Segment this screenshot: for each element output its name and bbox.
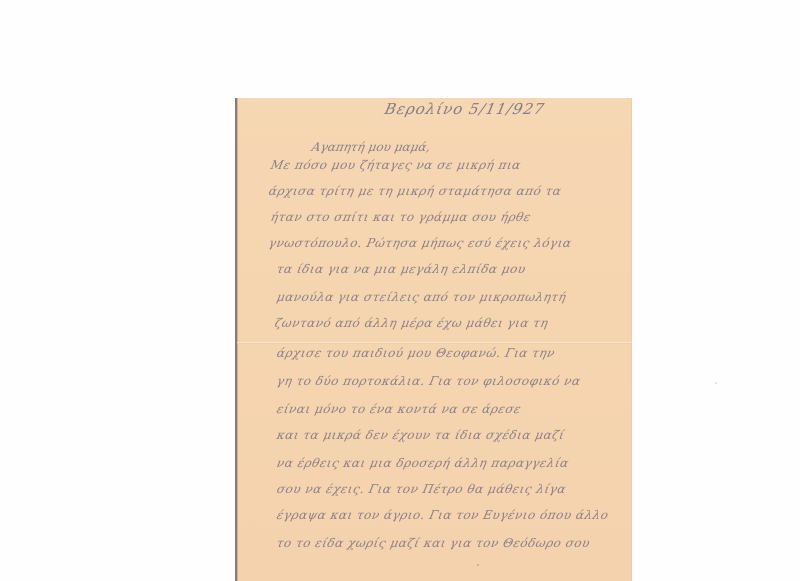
letter-paper: Βερολίνο 5/11/927 Αγαπητή μου μαμά, Με π… (235, 98, 632, 581)
letter-line: μανούλα για στείλεις από τον μικροπωλητή (276, 290, 674, 304)
letter-line: ήταν στο σπίτι και το γράμμα σου ήρθε (270, 210, 668, 224)
scanned-page: Βερολίνο 5/11/927 Αγαπητή μου μαμά, Με π… (0, 0, 800, 581)
letter-line: είναι μόνο το ένα κοντά να σε άρεσε (276, 402, 674, 416)
letter-line: ζωντανό από άλλη μέρα έχω μάθει για τη (274, 316, 672, 330)
letter-line: έγραψα και τον άγριο. Για τον Ευγένιο όπ… (276, 508, 674, 522)
letter-greeting: Αγαπητή μου μαμά, (311, 140, 432, 154)
letter-line: γη το δύο πορτοκάλια. Για τον φιλοσοφικό… (276, 374, 674, 388)
letter-line: και τα μικρά δεν έχουν τα ίδια σχέδια μα… (276, 428, 674, 442)
paper-fold-line (237, 342, 632, 344)
scan-speck (715, 382, 717, 384)
letter-line: άρχισα τρίτη με τη μικρή σταμάτησα από τ… (268, 184, 666, 198)
letter-line: άρχισε του παιδιού μου Θεοφανώ. Για την (276, 346, 674, 360)
letter-line: σου να έχεις. Για τον Πέτρο θα μάθεις λί… (276, 482, 674, 496)
paper-speck (477, 564, 479, 566)
letter-line: Με πόσο μου ζήταγες να σε μικρή πια (270, 158, 668, 172)
letter-date: Βερολίνο 5/11/927 (383, 100, 546, 118)
letter-line: τα ίδια για να μια μεγάλη ελπίδα μου (276, 262, 674, 276)
letter-line: γνωστόπουλο. Ρώτησα μήπως εσύ έχεις λόγι… (268, 236, 666, 250)
letter-line: να έρθεις και μια δροσερή άλλη παραγγελί… (276, 456, 674, 470)
letter-line: το το είδα χωρίς μαζί και για τον Θεόδωρ… (276, 536, 674, 550)
